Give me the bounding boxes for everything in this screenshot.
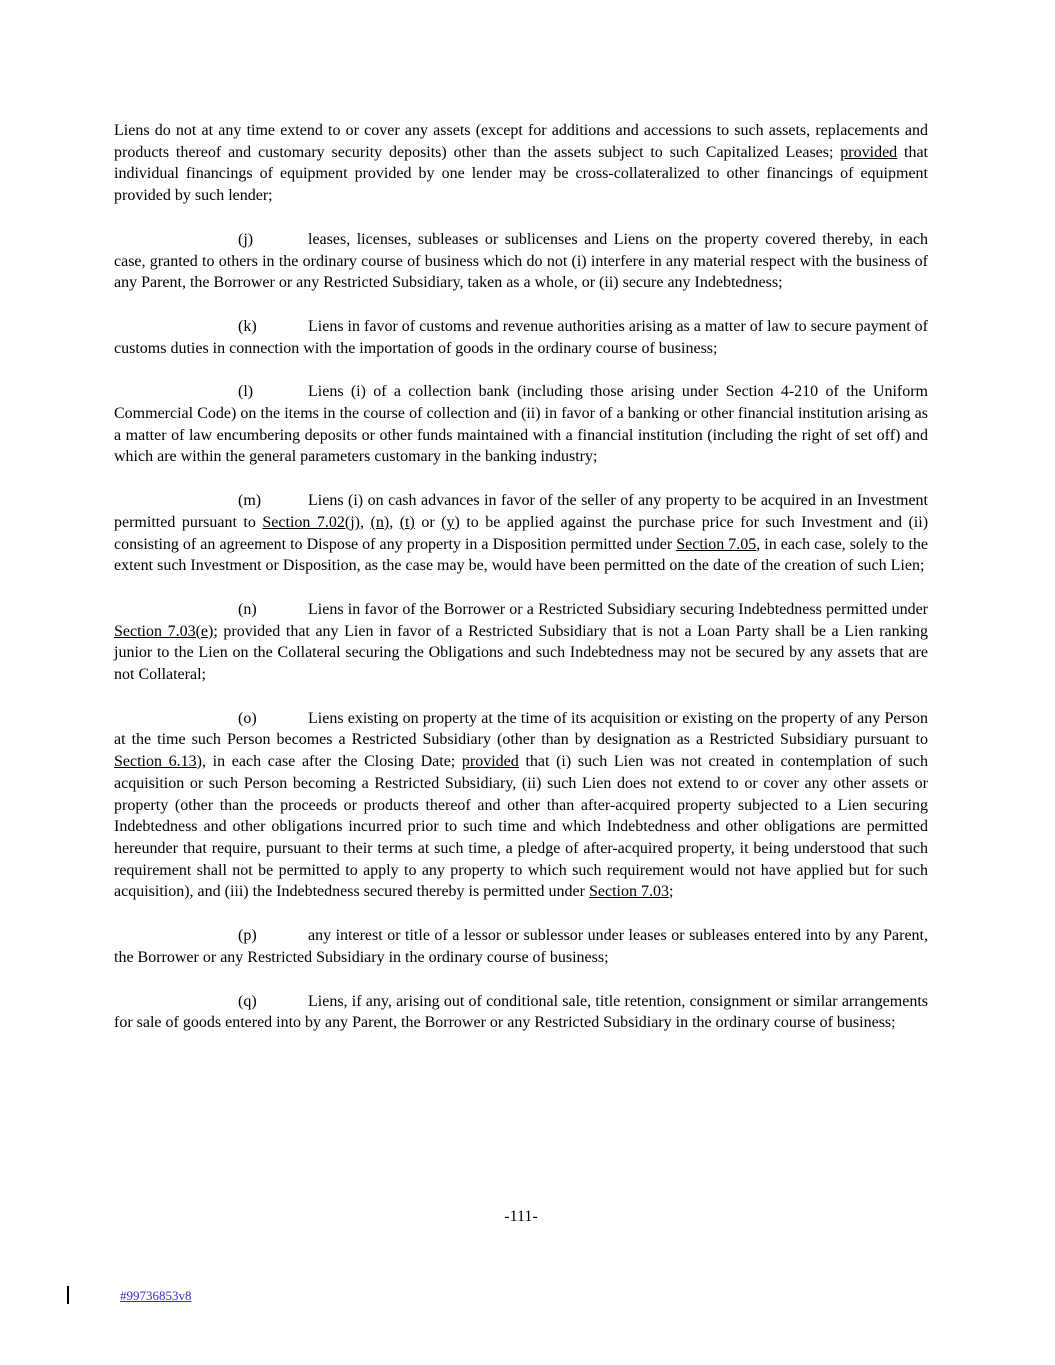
paragraph-m: (m)Liens (i) on cash advances in favor o…	[114, 490, 928, 577]
text-segment: Liens in favor of customs and revenue au…	[114, 318, 928, 357]
paragraph-label: (j)	[238, 229, 308, 251]
page-number: -111-	[114, 1208, 928, 1226]
text-segment: leases, licenses, subleases or sublicens…	[114, 231, 928, 291]
underlined-reference: (y)	[441, 514, 460, 531]
underlined-reference: (t)	[400, 514, 415, 531]
text-segment: any interest or title of a lessor or sub…	[114, 927, 928, 966]
paragraph-label: (o)	[238, 708, 308, 730]
text-segment: Liens, if any, arising out of conditiona…	[114, 993, 928, 1032]
text-segment: or	[415, 514, 441, 531]
underlined-reference: provided	[840, 144, 897, 161]
paragraph-label: (p)	[238, 925, 308, 947]
doc-id-link[interactable]: #99736853v8	[120, 1288, 192, 1304]
paragraph-o: (o)Liens existing on property at the tim…	[114, 708, 928, 903]
paragraph-q: (q)Liens, if any, arising out of conditi…	[114, 991, 928, 1034]
underlined-reference: Section 6.13	[114, 753, 197, 770]
text-segment: Liens (i) of a collection bank (includin…	[114, 383, 928, 465]
text-segment: that (i) such Lien was not created in co…	[114, 753, 928, 900]
text-segment: Liens in favor of the Borrower or a Rest…	[308, 601, 928, 618]
paragraph-j: (j)leases, licenses, subleases or sublic…	[114, 229, 928, 294]
paragraph-k: (k)Liens in favor of customs and revenue…	[114, 316, 928, 359]
underlined-reference: Section 7.03	[589, 883, 669, 900]
underlined-reference: Section 7.05	[676, 536, 756, 553]
document-body: Liens do not at any time extend to or co…	[114, 120, 928, 1056]
paragraph-label: (k)	[238, 316, 308, 338]
underlined-reference: Section 7.02(j)	[262, 514, 360, 531]
underlined-reference: Section 7.03(e)	[114, 623, 213, 640]
paragraph-label: (l)	[238, 381, 308, 403]
paragraph-label: (n)	[238, 599, 308, 621]
text-segment: ; provided that any Lien in favor of a R…	[114, 623, 928, 683]
text-segment: Liens do not at any time extend to or co…	[114, 122, 928, 161]
document-page: Liens do not at any time extend to or co…	[0, 0, 1055, 1365]
paragraph-n: (n)Liens in favor of the Borrower or a R…	[114, 599, 928, 686]
paragraph-p: (p)any interest or title of a lessor or …	[114, 925, 928, 968]
paragraph-l: (l)Liens (i) of a collection bank (inclu…	[114, 381, 928, 468]
underlined-reference: provided	[462, 753, 519, 770]
text-segment: ;	[669, 883, 673, 900]
paragraph-label: (m)	[238, 490, 308, 512]
paragraph-label: (q)	[238, 991, 308, 1013]
change-bar	[67, 1286, 69, 1304]
paragraph-continuation: Liens do not at any time extend to or co…	[114, 120, 928, 207]
text-segment: ,	[389, 514, 400, 531]
text-segment: Liens existing on property at the time o…	[114, 710, 928, 749]
text-segment: ,	[360, 514, 371, 531]
underlined-reference: (n)	[371, 514, 390, 531]
text-segment: ), in each case after the Closing Date;	[197, 753, 462, 770]
